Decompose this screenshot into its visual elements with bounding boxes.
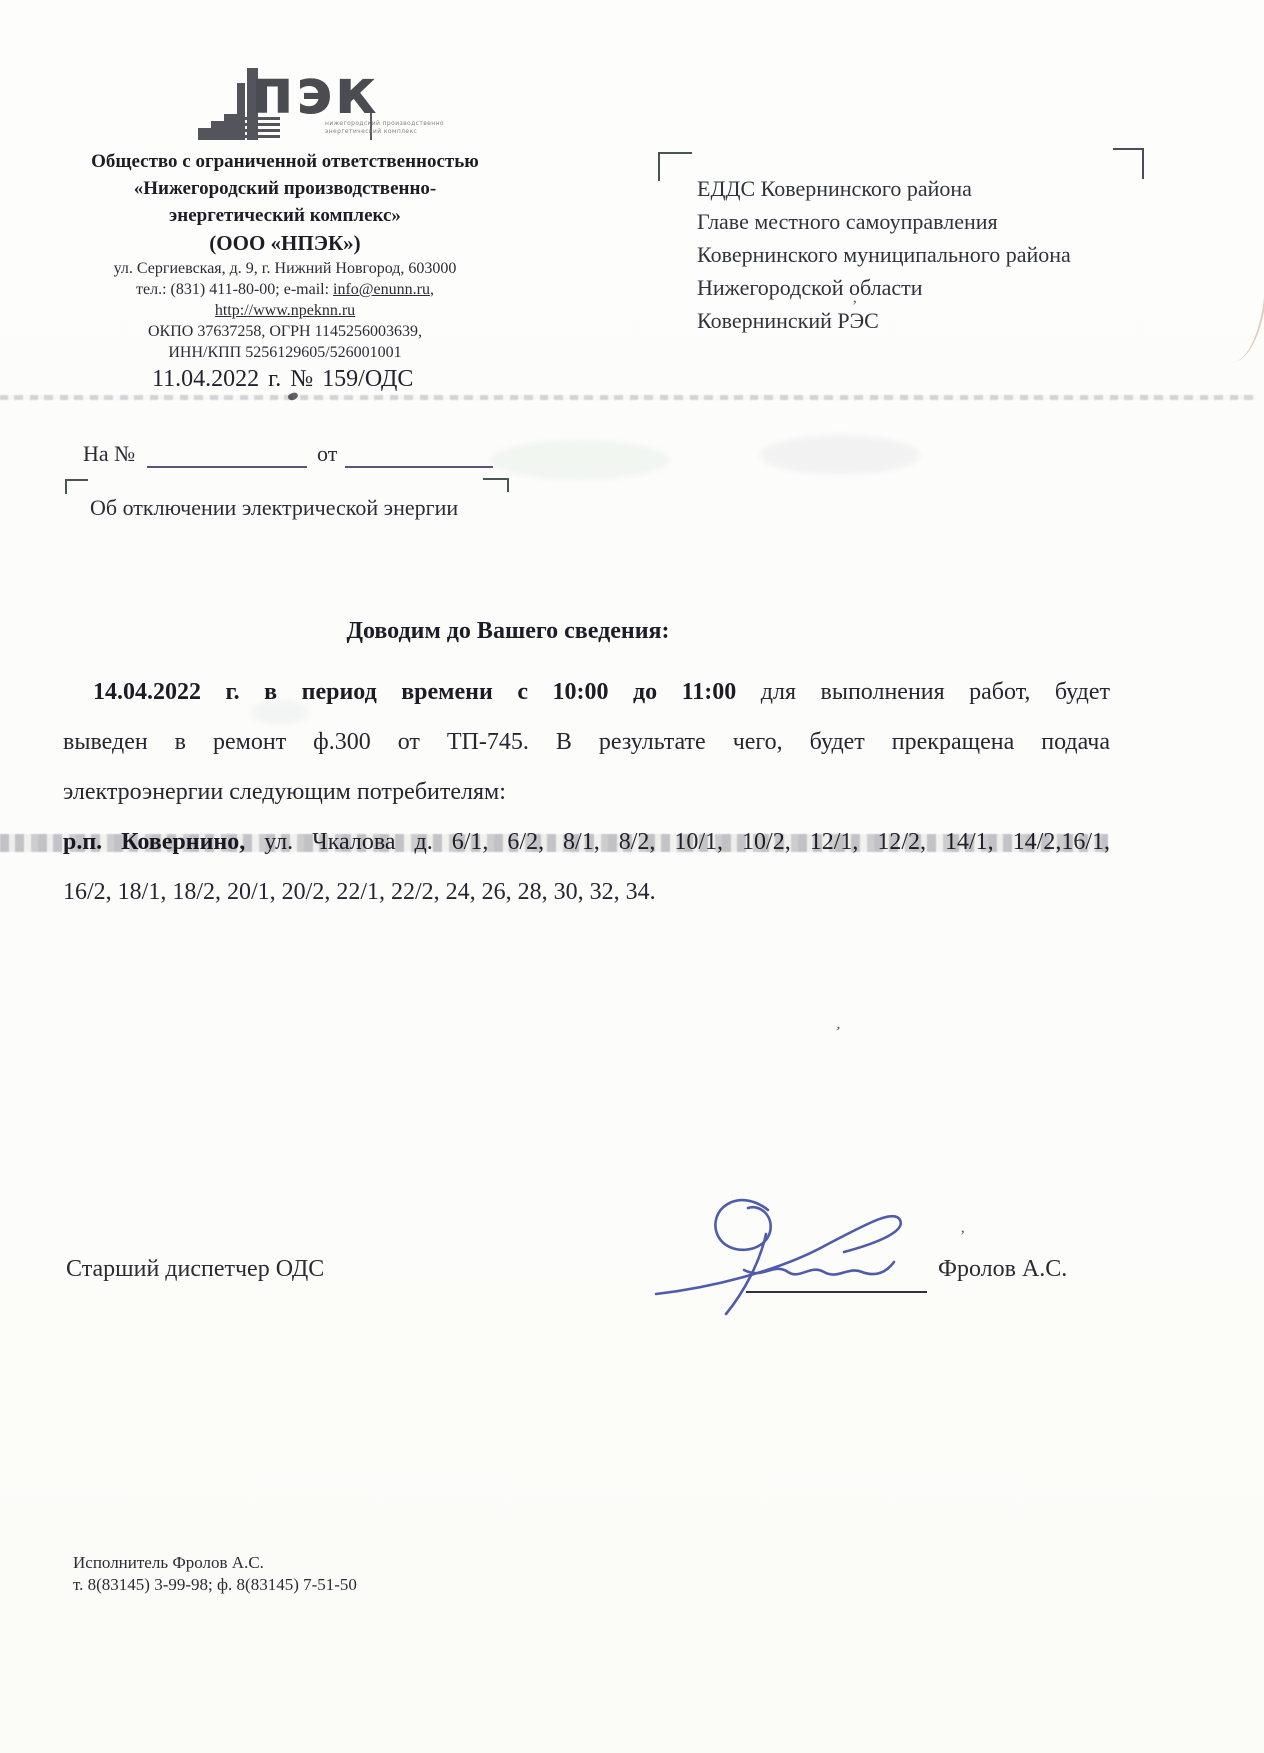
scan-noise-band [0, 395, 1255, 400]
phone-suffix: , [430, 281, 434, 298]
logo-step-icon [224, 114, 238, 140]
body-paragraphs: 14.04.2022 г. в период времени с 10:00 д… [63, 667, 1110, 917]
scanned-letter-page: пэк нижегородский производственно энерге… [0, 0, 1264, 1753]
logo-acronym: пэк [251, 60, 379, 124]
org-inn-kpp: ИНН/КПП 5256129605/526001001 [75, 342, 495, 363]
reply-from-label: от [317, 441, 337, 467]
logo-step-icon [211, 121, 225, 140]
org-short-name: (ООО «НПЭК») [75, 229, 495, 258]
org-address: ул. Сергиевская, д. 9, г. Нижний Новгоро… [75, 258, 495, 279]
org-phone-email: тел.: (831) 411-80-00; e-mail: info@enun… [75, 279, 495, 300]
recipient-line: Ковернинский РЭС [697, 304, 1071, 337]
scan-smudge [760, 435, 920, 475]
outage-datetime: 14.04.2022 г. в период времени с 10:00 д… [93, 679, 736, 705]
email-link: info@enunn.ru [333, 281, 430, 298]
scan-speck: ’ [852, 298, 857, 316]
letter-date-number: 11.04.2022 г. № 159/ОДС [152, 366, 413, 393]
crop-mark-recipient-left [658, 152, 692, 181]
body-line-1: 14.04.2022 г. в период времени с 10:00 д… [63, 667, 1110, 717]
logo-stripe-icon [242, 135, 280, 138]
phone-text: тел.: (831) 411-80-00; e-mail: [136, 281, 333, 298]
footer-block: Исполнитель Фролов А.С. т. 8(83145) 3-99… [73, 1552, 357, 1596]
recipient-line: Ковернинского муниципального района [697, 238, 1071, 271]
npek-logo-icon: пэк нижегородский производственно энерге… [75, 48, 495, 148]
logo-stripe-icon [242, 129, 280, 132]
scan-noise-band [0, 834, 1108, 852]
body-heading: Доводим до Вашего сведения: [63, 618, 953, 645]
org-name-line3: энергетический комплекс» [75, 202, 495, 229]
crop-mark-recipient-right [1113, 148, 1144, 179]
body-line-2: выведен в ремонт ф.300 от ТП-745. В резу… [63, 717, 1110, 767]
org-name-line2: «Нижегородский производственно- [75, 175, 495, 202]
website-link: http://www.npeknn.ru [215, 302, 355, 319]
scan-smudge [250, 700, 310, 725]
crop-mark-subject-left [65, 479, 88, 494]
body-line-3: электроэнергии следующим потребителям: [63, 767, 1110, 817]
letterhead: пэк нижегородский производственно энерге… [75, 48, 495, 363]
reply-number-blank [147, 466, 307, 468]
body-line-1-rest: для выполнения работ, будет [761, 679, 1110, 705]
recipient-line: ЕДДС Ковернинского района [697, 172, 1071, 205]
executor-line: Исполнитель Фролов А.С. [73, 1552, 357, 1574]
logo-step-icon [198, 128, 212, 140]
scan-edge-artifact [1231, 267, 1264, 365]
recipient-block: ЕДДС Ковернинского района Главе местного… [697, 172, 1071, 337]
subject-line: Об отключении электрической энергии [90, 495, 458, 521]
logo-microtext-line1: нижегородский производственно [325, 120, 445, 127]
scan-speck: ’ [960, 1228, 965, 1246]
org-name-line1: Общество с ограниченной ответственностью [75, 148, 495, 175]
recipient-line: Главе местного самоуправления [697, 205, 1071, 238]
executor-phones: т. 8(83145) 3-99-98; ф. 8(83145) 7-51-50 [73, 1574, 357, 1596]
logo-microtext-line2: энергетический комплекс [325, 128, 445, 135]
reply-to-label: На № [83, 441, 135, 467]
signer-name: Фролов А.С. [938, 1256, 1067, 1283]
scan-smudge [490, 440, 670, 480]
body-line-5: 16/2, 18/1, 18/2, 20/1, 20/2, 22/1, 22/2… [63, 867, 1110, 917]
crop-mark-subject-right [483, 478, 509, 492]
scan-speck: ’ [831, 1024, 842, 1043]
recipient-line: Нижегородской области [697, 271, 1071, 304]
org-okpo-ogrn: ОКПО 37637258, ОГРН 1145256003639, [75, 321, 495, 342]
reply-date-blank [345, 466, 493, 468]
handwritten-signature-icon [648, 1192, 948, 1322]
signer-title: Старший диспетчер ОДС [66, 1256, 324, 1283]
signature-underline [746, 1291, 927, 1293]
